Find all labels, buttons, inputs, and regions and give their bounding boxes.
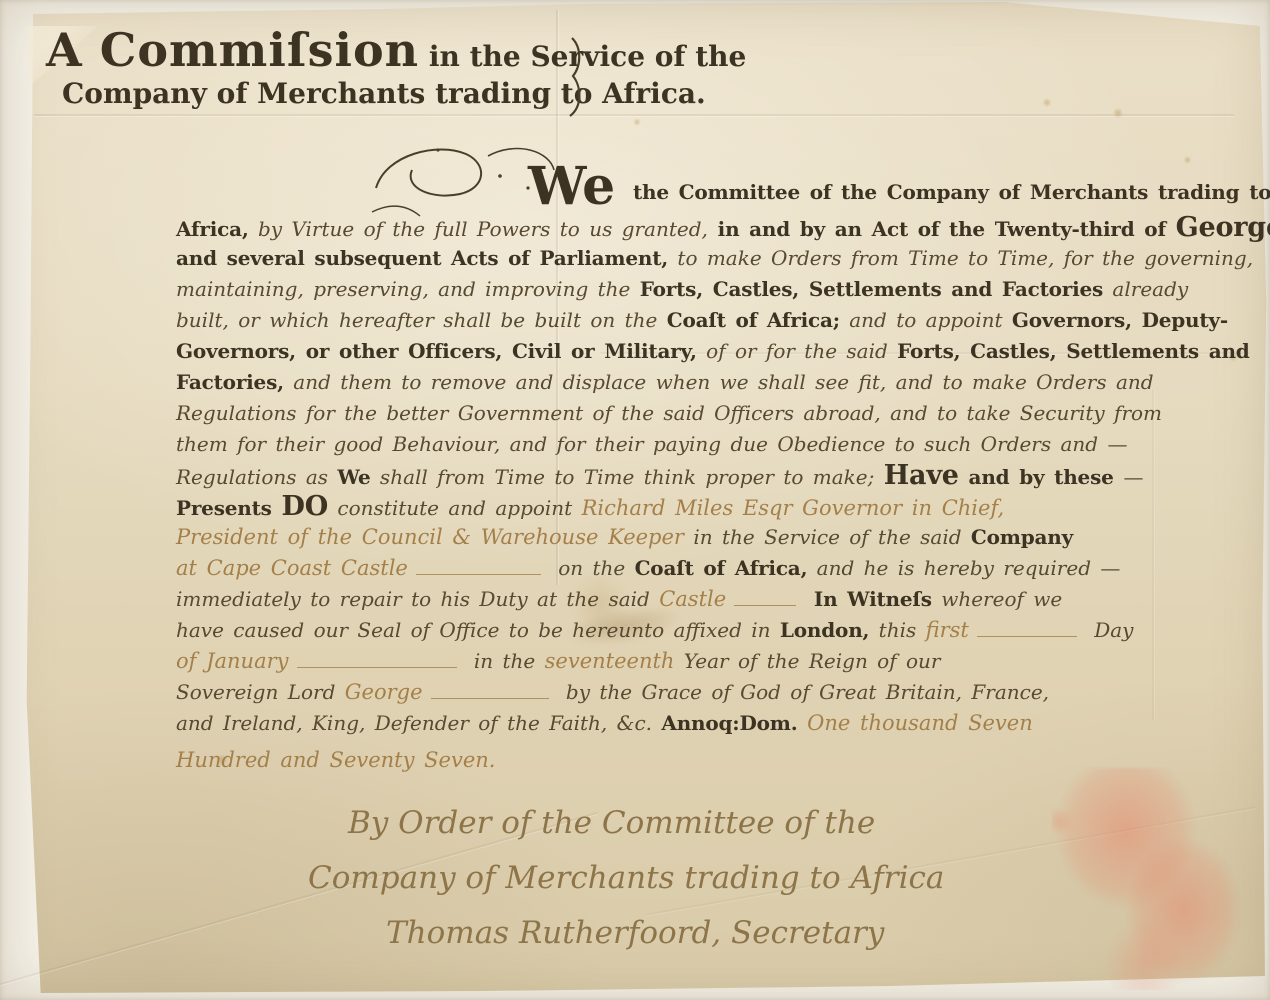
text-segment: maintaining, preserving, and improving t… bbox=[176, 277, 640, 301]
text-segment: Governors, or other Officers, Civil or M… bbox=[176, 339, 697, 363]
text-segment: George II. bbox=[1176, 212, 1270, 243]
text-segment: on the bbox=[549, 556, 635, 580]
text-segment: constitute and appoint bbox=[328, 496, 582, 520]
filled-in-month: of January bbox=[176, 649, 289, 673]
title-line-2: Company of Merchants trading to Africa. bbox=[46, 76, 746, 112]
text-segment: and he is hereby required bbox=[807, 556, 1100, 580]
title-brace-flourish bbox=[562, 34, 588, 120]
text-segment: London, bbox=[780, 618, 869, 642]
text-segment: in the Service of the said bbox=[684, 525, 971, 549]
text-segment: and several subsequent Acts of Parliamen… bbox=[176, 246, 668, 270]
filled-in-regnal-year: seventeenth bbox=[545, 649, 675, 673]
closing-line-2: Company of Merchants trading to Africa bbox=[308, 851, 944, 906]
blank-rule bbox=[734, 597, 796, 606]
text-segment: Factories, bbox=[176, 370, 284, 394]
blank-rule bbox=[977, 628, 1077, 637]
title-line-1: A Commiſsion in the Service of the bbox=[46, 24, 746, 76]
body-line: Sovereign Lord George by the Grace of Go… bbox=[176, 677, 1226, 708]
body-line: immediately to repair to his Duty at the… bbox=[176, 584, 1226, 615]
text-segment: them for their good Behaviour, and for t… bbox=[176, 432, 1107, 456]
fold-crease bbox=[34, 114, 1234, 116]
closing-attestation: By Order of the Committee of the Company… bbox=[300, 796, 944, 961]
body-line: and Ireland, King, Defender of the Faith… bbox=[176, 708, 1226, 739]
body-line: Factories, and them to remove and displa… bbox=[176, 367, 1226, 398]
foxing-spot bbox=[1042, 98, 1052, 107]
text-segment: Forts, Castles, Settlements and Factorie… bbox=[640, 277, 1103, 301]
text-segment: Africa, bbox=[176, 217, 249, 241]
text-segment: We bbox=[337, 465, 370, 489]
text-segment: whereof we bbox=[932, 587, 1062, 611]
foxing-spot bbox=[1112, 108, 1124, 118]
line-filler-dash: — bbox=[1107, 432, 1129, 456]
secretary-signature: Thomas Rutherfoord, Secretary bbox=[386, 906, 944, 961]
foxing-spot bbox=[1183, 156, 1192, 164]
text-segment: and to appoint bbox=[840, 308, 1012, 332]
text-segment: to make Orders from Time to Time, for th… bbox=[668, 246, 1253, 270]
body-line: them for their good Behaviour, and for t… bbox=[176, 429, 1226, 460]
document-body: We the Committee of the Company of Merch… bbox=[176, 172, 1226, 776]
filled-in-year-words: Hundred and Seventy Seven. bbox=[176, 748, 495, 772]
body-line: have caused our Seal of Office to be her… bbox=[176, 615, 1226, 646]
text-segment: Coaſt of Africa, bbox=[635, 556, 808, 580]
text-segment: built, or which hereafter shall be built… bbox=[176, 308, 667, 332]
text-segment: by the Grace of God of Great Britain, Fr… bbox=[557, 680, 1050, 704]
body-line: maintaining, preserving, and improving t… bbox=[176, 274, 1226, 305]
body-line: Presents DO constitute and appoint Richa… bbox=[176, 491, 1226, 522]
text-segment: by Virtue of the full Powers to us grant… bbox=[249, 217, 708, 241]
filled-in-monarch-name: George bbox=[345, 680, 423, 704]
line-filler-dash: — bbox=[1123, 465, 1145, 489]
filled-in-word: Castle bbox=[659, 587, 726, 611]
filled-in-office-titles: President of the Council & Warehouse Kee… bbox=[176, 525, 684, 549]
text-segment: and them to remove and displace when we … bbox=[284, 370, 1154, 394]
filled-in-station: at Cape Coast Castle bbox=[176, 556, 408, 580]
document-title: A Commiſsion in the Service of the Compa… bbox=[46, 24, 746, 112]
text-segment: Annoq:Dom. bbox=[661, 711, 797, 735]
text-segment: Regulations for the better Government of… bbox=[176, 401, 1162, 425]
foxing-spot bbox=[633, 118, 641, 126]
text-segment: Sovereign Lord bbox=[176, 680, 345, 704]
filled-in-appointee-name: Richard Miles Esqr Governor in Chief, bbox=[582, 496, 1005, 520]
text-segment: have caused our Seal of Office to be her… bbox=[176, 618, 780, 642]
filled-in-day: first bbox=[926, 618, 969, 642]
text-segment: of or for the said bbox=[697, 339, 897, 363]
blank-rule bbox=[297, 659, 457, 668]
text-segment: already bbox=[1103, 277, 1188, 301]
text-segment: shall from Time to Time think proper to … bbox=[371, 465, 884, 489]
body-line: Regulations for the better Government of… bbox=[176, 398, 1226, 429]
text-segment: Have bbox=[884, 460, 959, 491]
text-segment: Presents bbox=[176, 496, 282, 520]
photographed-document: A Commiſsion in the Service of the Compa… bbox=[0, 0, 1270, 1000]
body-line: Hundred and Seventy Seven. bbox=[176, 745, 1226, 776]
closing-line-1: By Order of the Committee of the bbox=[348, 796, 944, 851]
text-segment: Governors, Deputy- bbox=[1012, 308, 1228, 332]
text-segment: this bbox=[869, 618, 925, 642]
line-filler-dash: — bbox=[1100, 556, 1122, 580]
text-segment: Coaſt of Africa; bbox=[667, 308, 840, 332]
text-segment: Year of the Reign of our bbox=[674, 649, 940, 673]
text-segment: DO bbox=[282, 491, 329, 522]
title-initial-words: A Commiſsion bbox=[46, 23, 419, 77]
text-segment: in the bbox=[465, 649, 545, 673]
body-line: and several subsequent Acts of Parliamen… bbox=[176, 243, 1226, 274]
body-line: We the Committee of the Company of Merch… bbox=[528, 172, 1226, 212]
red-wax-seal-stain bbox=[1052, 768, 1257, 990]
body-line: President of the Council & Warehouse Kee… bbox=[176, 522, 1226, 553]
blank-rule bbox=[416, 566, 541, 575]
body-line: Governors, or other Officers, Civil or M… bbox=[176, 336, 1226, 367]
text-segment: Regulations as bbox=[176, 465, 337, 489]
filled-in-year-words: One thousand Seven bbox=[798, 711, 1033, 735]
body-line: Regulations as We shall from Time to Tim… bbox=[176, 460, 1226, 491]
text-segment: Day bbox=[1085, 618, 1134, 642]
body-line: of January in the seventeenth Year of th… bbox=[176, 646, 1226, 677]
text-segment: Company bbox=[971, 525, 1073, 549]
text-segment: and by these bbox=[959, 465, 1124, 489]
text-segment: Forts, Castles, Settlements and bbox=[897, 339, 1249, 363]
body-line: Africa, by Virtue of the full Powers to … bbox=[176, 212, 1226, 243]
body-line: built, or which hereafter shall be built… bbox=[176, 305, 1226, 336]
text-segment: and Ireland, King, Defender of the Faith… bbox=[176, 711, 661, 735]
blank-rule bbox=[431, 690, 549, 699]
text-segment: immediately to repair to his Duty at the… bbox=[176, 587, 659, 611]
text-segment: the Committee of the Company of Merchant… bbox=[623, 180, 1270, 204]
body-line: at Cape Coast Castle on the Coaſt of Afr… bbox=[176, 553, 1226, 584]
text-segment: in and by an Act of the Twenty-third of bbox=[708, 217, 1176, 241]
illuminated-initial-we: We bbox=[528, 156, 615, 217]
text-segment: In Witneſs bbox=[804, 587, 932, 611]
